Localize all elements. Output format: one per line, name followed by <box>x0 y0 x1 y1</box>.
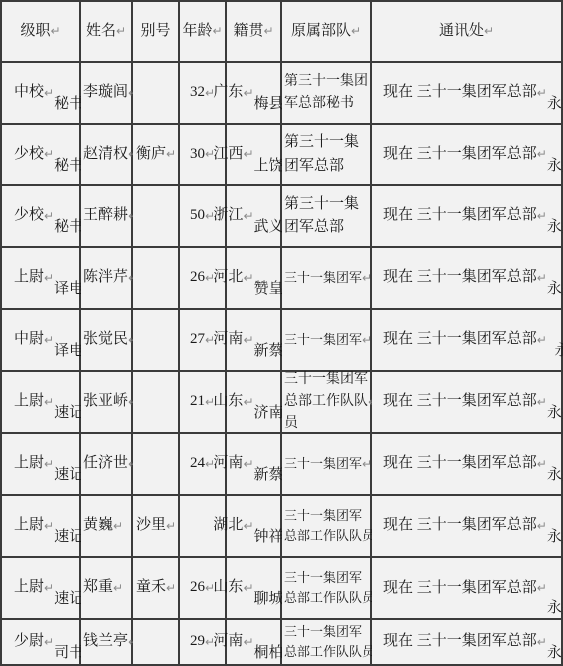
r1-unit: 第三十一集团 军总部秘书 <box>282 63 370 123</box>
r7-origin: 河南↵ 新蔡↵ <box>227 434 280 494</box>
r9-unit: 三十一集团军 总部工作队队员↵ <box>282 558 370 618</box>
r6-unit: 三十一集团军 总部工作队队 员↵ <box>282 372 370 432</box>
r7-rank: 上尉↵ 速记员↵ <box>2 434 79 494</box>
r7-address: 现在 三十一集团军总部↵ 永久 新蔡城内南街住宅↵ <box>372 434 561 494</box>
r3-origin: 浙江↵ 武义↵ <box>227 186 280 246</box>
r6-address: 现在 三十一集团军总部↵ 永久 济南城内东城根 65 号↵ <box>372 372 561 432</box>
r4-rank: 上尉↵ 译电员↵ <box>2 248 79 308</box>
r1-address: 现在 三十一集团军总部↵ 永久 梅县城内↵ <box>372 63 561 123</box>
r9-rank: 上尉↵ 速记员↵ <box>2 558 79 618</box>
r3-rank: 少校↵ 秘书↵ <box>2 186 79 246</box>
r9-alias: 童禾↵ <box>133 558 178 618</box>
r8-alias: 沙里↵ <box>133 496 178 556</box>
r4-alias <box>133 248 178 308</box>
header-origin: 籍贯↵ <box>227 2 280 61</box>
r2-name: 赵清权↵ <box>81 125 131 184</box>
r10-name: 钱兰亭↵ <box>81 620 131 664</box>
r4-unit: 三十一集团军↵ 总部工作队队员 <box>282 248 370 308</box>
r2-address: 现在 三十一集团军总部↵ 永久↵ <box>372 125 561 184</box>
r10-alias <box>133 620 178 664</box>
header-alias: 别号 <box>133 2 178 61</box>
r2-origin: 江西↵ 上饶↵ <box>227 125 280 184</box>
r5-alias <box>133 310 178 370</box>
r3-address: 现在 三十一集团军总部↵ 永久 武义东门外下王巷↵ <box>372 186 561 246</box>
header-name: 姓名↵ <box>81 2 131 61</box>
header-unit: 原属部队↵ <box>282 2 370 61</box>
r4-name: 陈泮芹↵ <box>81 248 131 308</box>
r5-address: 现在 三十一集团军总部↵ 永久 新蔡城内南街住宅↵ <box>372 310 561 370</box>
r2-unit: 第三十一集 团军总部 <box>282 125 370 184</box>
r8-unit: 三十一集团军 总部工作队队员 ↵ <box>282 496 370 556</box>
r2-rank: 少校↵ 秘书↵ <box>2 125 79 184</box>
r4-address: 现在 三十一集团军总部↵ 永久 赞皇县见守村↵ <box>372 248 561 308</box>
r9-name: 郑重↵ <box>81 558 131 618</box>
r9-origin: 山东↵ 聊城↵ <box>227 558 280 618</box>
r6-rank: 上尉↵ 速记员↵ <box>2 372 79 432</box>
r10-rank: 少尉↵ 司书↵ <box>2 620 79 664</box>
r3-name: 王醉耕↵ <box>81 186 131 246</box>
r1-rank: 中校↵ 秘书↵ <box>2 63 79 123</box>
header-rank: 级职↵ <box>2 2 79 61</box>
r1-name: 李璇闾↵ <box>81 63 131 123</box>
header-address: 通讯处↵ <box>372 2 561 61</box>
r5-name: 张觉民↵ <box>81 310 131 370</box>
r7-unit: 三十一集团军↵ 总部工作队队员 <box>282 434 370 494</box>
r5-rank: 中尉↵ 译电员↵ <box>2 310 79 370</box>
r9-address: 现在 三十一集团军总部↵ 永久 聊城内↵ <box>372 558 561 618</box>
r5-origin: 河南↵ 新蔡↵ <box>227 310 280 370</box>
r8-address: 现在 三十一集团军总部↵ 永久 钟祥中果园 39 号↵ <box>372 496 561 556</box>
r6-alias <box>133 372 178 432</box>
r10-address: 现在 三十一集团军总部↵ 永久 桐柏县大公文具店↵ <box>372 620 561 664</box>
personnel-roster-table: 级职↵ 姓名↵ 别号 年龄↵ 籍贯↵ 原属部队↵ 通讯处↵ 中校↵ 秘书↵ 李璇… <box>0 0 563 666</box>
r8-rank: 上尉↵ 速记员↵ <box>2 496 79 556</box>
r6-origin: 山东↵ 济南↵ <box>227 372 280 432</box>
r7-alias <box>133 434 178 494</box>
r6-name: 张亚峤↵ <box>81 372 131 432</box>
r4-origin: 河北↵ 赞皇↵ <box>227 248 280 308</box>
r2-alias: 衡庐↵ <box>133 125 178 184</box>
r10-origin: 河南↵ 桐柏↵ <box>227 620 280 664</box>
r3-unit: 第三十一集 团军总部 <box>282 186 370 246</box>
r8-name: 黄巍↵ <box>81 496 131 556</box>
r1-alias <box>133 63 178 123</box>
r3-alias <box>133 186 178 246</box>
header-age: 年龄↵ <box>180 2 225 61</box>
r10-unit: 三十一集团军 总部工作队队员 <box>282 620 370 664</box>
r1-origin: 广东↵ 梅县↵ <box>227 63 280 123</box>
r8-origin: 湖北↵ 钟祥↵ <box>227 496 280 556</box>
r5-unit: 三十一集团军↵ 总部工作队队员 <box>282 310 370 370</box>
r7-name: 任济世↵ <box>81 434 131 494</box>
